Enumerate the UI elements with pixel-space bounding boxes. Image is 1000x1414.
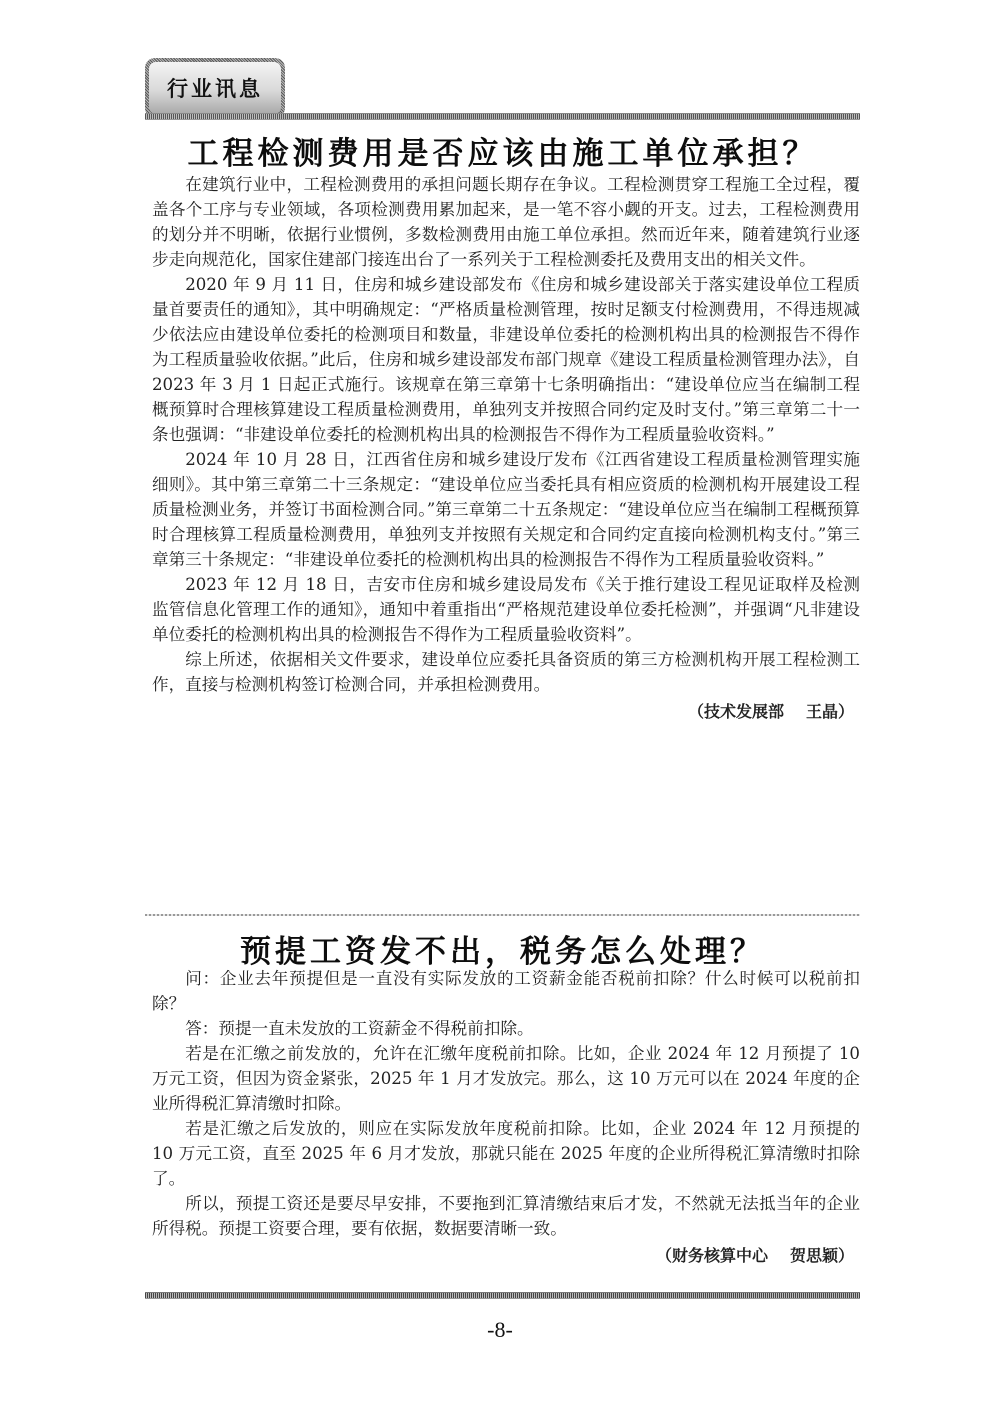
article-2-title: 预提工资发不出，税务怎么处理？ <box>145 926 860 971</box>
footer-rule <box>145 1292 860 1299</box>
article-1-paragraph: 在建筑行业中，工程检测费用的承担问题长期存在争议。工程检测贯穿工程施工全过程，覆… <box>152 172 860 272</box>
byline-author: 贺思颖 <box>790 1246 838 1265</box>
byline-author: 王晶 <box>806 702 838 721</box>
article-1-body: 在建筑行业中，工程检测费用的承担问题长期存在争议。工程检测贯穿工程施工全过程，覆… <box>152 172 860 724</box>
article-1-paragraph: 2023 年 12 月 18 日，吉安市住房和城乡建设局发布《关于推行建设工程见… <box>152 572 860 647</box>
article-1-byline: （技术发展部王晶） <box>152 699 860 724</box>
article-1-paragraph: 2024 年 10 月 28 日，江西省住房和城乡建设厅发布《江西省建设工程质量… <box>152 447 860 572</box>
article-1-paragraph: 2020 年 9 月 11 日，住房和城乡建设部发布《住房和城乡建设部关于落实建… <box>152 272 860 447</box>
article-2-body: 问：企业去年预提但是一直没有实际发放的工资薪金能否税前扣除？什么时候可以税前扣除… <box>152 966 860 1268</box>
page-number: -8- <box>0 1317 1000 1343</box>
section-label: 行业讯息 <box>167 73 263 103</box>
article-1-paragraph: 综上所述，依据相关文件要求，建设单位应委托具备资质的第三方检测机构开展工程检测工… <box>152 647 860 697</box>
article-2-paragraph: 若是汇缴之后发放的，则应在实际发放年度税前扣除。比如，企业 2024 年 12 … <box>152 1116 860 1191</box>
header-rule <box>145 113 860 120</box>
article-2-byline: （财务核算中心贺思颖） <box>152 1243 860 1268</box>
article-divider <box>145 914 860 916</box>
article-2-paragraph: 所以，预提工资还是要尽早安排，不要拖到汇算清缴结束后才发，不然就无法抵当年的企业… <box>152 1191 860 1241</box>
section-tab-inner: 行业讯息 <box>149 62 281 114</box>
article-2-paragraph: 问：企业去年预提但是一直没有实际发放的工资薪金能否税前扣除？什么时候可以税前扣除… <box>152 966 860 1016</box>
article-2-paragraph: 答：预提一直未发放的工资薪金不得税前扣除。 <box>152 1016 860 1041</box>
byline-department: 技术发展部 <box>704 702 784 721</box>
article-1-title: 工程检测费用是否应该由施工单位承担？ <box>145 128 860 173</box>
section-tab: 行业讯息 <box>145 58 285 118</box>
byline-department: 财务核算中心 <box>672 1246 768 1265</box>
article-2-paragraph: 若是在汇缴之前发放的，允许在汇缴年度税前扣除。比如，企业 2024 年 12 月… <box>152 1041 860 1116</box>
